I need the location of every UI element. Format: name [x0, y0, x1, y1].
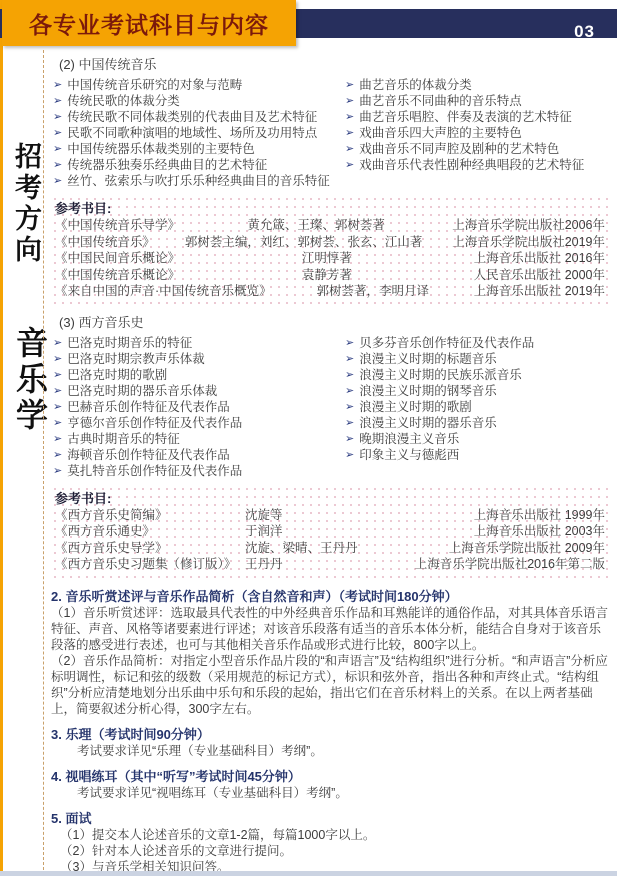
topic-item-text: 晚期浪漫主义音乐: [359, 431, 459, 447]
topic-column-left: ➢巴洛克时期音乐的特征 ➢巴洛克时期宗教声乐体裁 ➢巴洛克时期的歌剧 ➢巴洛克时…: [51, 335, 343, 479]
bullet-arrow-icon: ➢: [345, 93, 354, 109]
book-publisher: 上海音乐出版社 2003年: [474, 523, 605, 540]
bullet-arrow-icon: ➢: [345, 431, 354, 447]
bullet-arrow-icon: ➢: [345, 351, 354, 367]
topic-item-text: 中国传统音乐研究的对象与范畴: [67, 77, 242, 93]
topic-item: ➢海顿音乐创作特征及代表作品: [51, 447, 343, 463]
book-authors: 王丹丹: [245, 556, 415, 573]
main-content: (2) 中国传统音乐 ➢中国传统音乐研究的对象与范畴 ➢传统民歌的体裁分类 ➢传…: [51, 52, 609, 875]
exam-paragraph: （1）音乐听赏述评：选取最具代表性的中外经典音乐作品和耳熟能详的通俗作品，对其具…: [51, 605, 609, 653]
book-title: 《中国民间音乐概论》: [55, 250, 180, 267]
book-title: 《西方音乐通史》: [55, 523, 245, 540]
topic-item-text: 古典时期音乐的特征: [67, 431, 180, 447]
book-title: 《西方音乐史简编》: [55, 507, 245, 524]
exam-paragraph: 考试要求详见“乐理（专业基础科目）考纲”。: [51, 743, 609, 759]
topic-item-text: 印象主义与德彪西: [359, 447, 459, 463]
exam-heading: 5. 面试: [51, 810, 609, 827]
topic-item-text: 戏曲音乐不同声腔及剧种的艺术特色: [359, 141, 559, 157]
exam-heading: 4. 视唱练耳（其中“听写”考试时间45分钟）: [51, 768, 609, 785]
bullet-arrow-icon: ➢: [53, 415, 62, 431]
bullet-arrow-icon: ➢: [345, 415, 354, 431]
exam-paragraph: （2）音乐作品简析：对指定小型音乐作品片段的“和声语言”及“结构组织”进行分析。…: [51, 653, 609, 717]
topic-item-text: 莫扎特音乐创作特征及代表作品: [67, 463, 242, 479]
exam-section-music-theory: 3. 乐理（考试时间90分钟） 考试要求详见“乐理（专业基础科目）考纲”。: [51, 726, 609, 759]
topic-item: ➢古典时期音乐的特征: [51, 431, 343, 447]
sidebar-divider: [43, 50, 44, 870]
reference-book-row: 《西方音乐史简编》 沈旋等 上海音乐出版社 1999年: [55, 507, 605, 524]
reference-title: 参考书目:: [55, 200, 605, 217]
topic-column-right: ➢贝多芬音乐创作特征及代表作品 ➢浪漫主义时期的标题音乐 ➢浪漫主义时期的民族乐…: [343, 335, 609, 479]
topic-item-text: 传统器乐独奏乐经典曲目的艺术特征: [67, 157, 267, 173]
book-publisher: 上海音乐出版社 1999年: [474, 507, 605, 524]
exam-section-interview: 5. 面试 （1）提交本人论述音乐的文章1-2篇，每篇1000字以上。（2）针对…: [51, 810, 609, 875]
reference-book-row: 《中国传统音乐》 郭树荟主编，刘红、郭树荟、张玄、江山著 上海音乐学院出版社20…: [55, 234, 605, 251]
topic-item: ➢巴赫音乐创作特征及代表作品: [51, 399, 343, 415]
exam-paragraphs: （1）提交本人论述音乐的文章1-2篇，每篇1000字以上。（2）针对本人论述音乐…: [51, 827, 609, 875]
topic-item: ➢中国传统音乐研究的对象与范畴: [51, 77, 343, 93]
topic-item-text: 巴洛克时期音乐的特征: [67, 335, 192, 351]
bullet-arrow-icon: ➢: [345, 77, 354, 93]
bullet-arrow-icon: ➢: [345, 447, 354, 463]
topic-item: ➢曲艺音乐唱腔、伴奏及表演的艺术特征: [343, 109, 609, 125]
reference-book-row: 《中国传统音乐导学》 黄允箴、王璨、郭树荟著 上海音乐学院出版社2006年: [55, 217, 605, 234]
topic-list-chinese-traditional: ➢中国传统音乐研究的对象与范畴 ➢传统民歌的体裁分类 ➢传统民歌不同体裁类别的代…: [51, 77, 609, 189]
topic-item: ➢浪漫主义时期的器乐音乐: [343, 415, 609, 431]
topic-item-text: 丝竹、弦索乐与吹打乐乐种经典曲目的音乐特征: [67, 173, 330, 189]
topic-item-text: 曲艺音乐不同曲种的音乐特点: [359, 93, 522, 109]
book-authors: 沈旋等: [245, 507, 474, 524]
bullet-arrow-icon: ➢: [53, 383, 62, 399]
reference-title: 参考书目:: [55, 490, 605, 507]
topic-item-text: 浪漫主义时期的标题音乐: [359, 351, 497, 367]
bullet-arrow-icon: ➢: [53, 77, 62, 93]
topic-item: ➢贝多芬音乐创作特征及代表作品: [343, 335, 609, 351]
topic-column-left: ➢中国传统音乐研究的对象与范畴 ➢传统民歌的体裁分类 ➢传统民歌不同体裁类别的代…: [51, 77, 343, 189]
page-bottom-strip: [0, 871, 617, 876]
exam-paragraph: （1）提交本人论述音乐的文章1-2篇，每篇1000字以上。: [51, 827, 609, 843]
topic-item-text: 浪漫主义时期的民族乐派音乐: [359, 367, 522, 383]
book-title: 《西方音乐史导学》: [55, 540, 245, 557]
topic-item: ➢戏曲音乐代表性剧种经典唱段的艺术特征: [343, 157, 609, 173]
topic-item: ➢浪漫主义时期的歌剧: [343, 399, 609, 415]
topic-item: ➢丝竹、弦索乐与吹打乐乐种经典曲目的音乐特征: [51, 173, 343, 189]
page-accent-edge: [0, 0, 3, 876]
bullet-arrow-icon: ➢: [53, 173, 62, 189]
book-publisher: 上海音乐出版社 2016年: [474, 250, 605, 267]
topic-item-text: 浪漫主义时期的歌剧: [359, 399, 472, 415]
topic-item: ➢晚期浪漫主义音乐: [343, 431, 609, 447]
topic-item: ➢浪漫主义时期的钢琴音乐: [343, 383, 609, 399]
topic-item: ➢民歌不同歌种演唱的地域性、场所及功用特点: [51, 125, 343, 141]
exam-section-listening-review: 2. 音乐听赏述评与音乐作品简析（含自然音和声）（考试时间180分钟） （1）音…: [51, 588, 609, 717]
book-publisher: 上海音乐学院出版社2016年第二版: [415, 556, 605, 573]
bullet-arrow-icon: ➢: [345, 141, 354, 157]
topic-item-text: 戏曲音乐代表性剧种经典唱段的艺术特征: [359, 157, 584, 173]
topic-list-western-history: ➢巴洛克时期音乐的特征 ➢巴洛克时期宗教声乐体裁 ➢巴洛克时期的歌剧 ➢巴洛克时…: [51, 335, 609, 479]
topic-item: ➢浪漫主义时期的标题音乐: [343, 351, 609, 367]
topic-item-text: 巴洛克时期宗教声乐体裁: [67, 351, 205, 367]
topic-item: ➢莫扎特音乐创作特征及代表作品: [51, 463, 343, 479]
book-publisher: 上海音乐学院出版社2019年: [452, 234, 605, 251]
section-title-chinese-traditional: (2) 中国传统音乐: [59, 54, 609, 73]
bullet-arrow-icon: ➢: [53, 431, 62, 447]
book-authors: 黄允箴、王璨、郭树荟著: [180, 217, 452, 234]
sidebar-major-label: 音乐学: [7, 326, 53, 434]
exam-heading: 3. 乐理（考试时间90分钟）: [51, 726, 609, 743]
topic-column-right: ➢曲艺音乐的体裁分类 ➢曲艺音乐不同曲种的音乐特点 ➢曲艺音乐唱腔、伴奏及表演的…: [343, 77, 609, 189]
exam-paragraphs: 考试要求详见“视唱练耳（专业基础科目）考纲”。: [51, 785, 609, 801]
topic-item-text: 巴洛克时期的器乐音乐体裁: [67, 383, 217, 399]
bullet-arrow-icon: ➢: [345, 383, 354, 399]
topic-item-text: 曲艺音乐的体裁分类: [359, 77, 472, 93]
book-authors: 郭树荟著，李明月译: [272, 283, 474, 300]
topic-item-text: 曲艺音乐唱腔、伴奏及表演的艺术特征: [359, 109, 572, 125]
book-authors: 江明惇著: [180, 250, 474, 267]
book-authors: 袁静芳著: [180, 267, 474, 284]
topic-item: ➢曲艺音乐不同曲种的音乐特点: [343, 93, 609, 109]
bullet-arrow-icon: ➢: [345, 109, 354, 125]
reference-book-list: 《中国传统音乐导学》 黄允箴、王璨、郭树荟著 上海音乐学院出版社2006年 《中…: [55, 217, 605, 300]
bullet-arrow-icon: ➢: [345, 335, 354, 351]
topic-item: ➢传统民歌不同体裁类别的代表曲目及艺术特征: [51, 109, 343, 125]
reference-box-chinese-traditional: 参考书目: 《中国传统音乐导学》 黄允箴、王璨、郭树荟著 上海音乐学院出版社20…: [51, 195, 609, 306]
reference-book-row: 《中国民间音乐概论》 江明惇著 上海音乐出版社 2016年: [55, 250, 605, 267]
topic-item-text: 巴赫音乐创作特征及代表作品: [67, 399, 230, 415]
topic-item: ➢巴洛克时期的歌剧: [51, 367, 343, 383]
section-title-western-history: (3) 西方音乐史: [59, 312, 609, 331]
page-number: 03: [574, 22, 595, 42]
reference-book-row: 《西方音乐通史》 于润洋 上海音乐出版社 2003年: [55, 523, 605, 540]
book-title: 《来自中国的声音·中国传统音乐概览》: [55, 283, 272, 300]
topic-item-text: 戏曲音乐四大声腔的主要特色: [359, 125, 522, 141]
exam-paragraph: 考试要求详见“视唱练耳（专业基础科目）考纲”。: [51, 785, 609, 801]
exam-paragraphs: （1）音乐听赏述评：选取最具代表性的中外经典音乐作品和耳熟能详的通俗作品，对其具…: [51, 605, 609, 717]
book-publisher: 上海音乐学院出版社 2009年: [449, 540, 605, 557]
book-authors: 沈旋、梁晴、王丹丹: [245, 540, 449, 557]
topic-item-text: 传统民歌不同体裁类别的代表曲目及艺术特征: [67, 109, 317, 125]
exam-paragraphs: 考试要求详见“乐理（专业基础科目）考纲”。: [51, 743, 609, 759]
book-publisher: 上海音乐出版社 2019年: [474, 283, 605, 300]
topic-item-text: 巴洛克时期的歌剧: [67, 367, 167, 383]
exam-heading: 2. 音乐听赏述评与音乐作品简析（含自然音和声）（考试时间180分钟）: [51, 588, 609, 605]
topic-item: ➢中国传统器乐体裁类别的主要特色: [51, 141, 343, 157]
topic-item-text: 中国传统器乐体裁类别的主要特色: [67, 141, 255, 157]
topic-item-text: 传统民歌的体裁分类: [67, 93, 180, 109]
book-title: 《西方音乐史习题集（修订版）》: [55, 556, 245, 573]
book-title: 《中国传统音乐》: [55, 234, 155, 251]
book-publisher: 上海音乐学院出版社2006年: [452, 217, 605, 234]
book-authors: 于润洋: [245, 523, 474, 540]
bullet-arrow-icon: ➢: [53, 125, 62, 141]
bullet-arrow-icon: ➢: [53, 351, 62, 367]
book-title: 《中国传统音乐概论》: [55, 267, 180, 284]
bullet-arrow-icon: ➢: [345, 367, 354, 383]
bullet-arrow-icon: ➢: [53, 93, 62, 109]
topic-item: ➢浪漫主义时期的民族乐派音乐: [343, 367, 609, 383]
page-title: 各专业考试科目与内容: [29, 7, 269, 40]
reference-book-row: 《西方音乐史习题集（修订版）》 王丹丹 上海音乐学院出版社2016年第二版: [55, 556, 605, 573]
sidebar-group-label: 招考方向: [7, 142, 46, 266]
topic-item: ➢曲艺音乐的体裁分类: [343, 77, 609, 93]
exam-section-sight-singing: 4. 视唱练耳（其中“听写”考试时间45分钟） 考试要求详见“视唱练耳（专业基础…: [51, 768, 609, 801]
bullet-arrow-icon: ➢: [53, 157, 62, 173]
topic-item-text: 海顿音乐创作特征及代表作品: [67, 447, 230, 463]
exam-paragraph: （2）针对本人论述音乐的文章进行提问。: [51, 843, 609, 859]
reference-book-list: 《西方音乐史简编》 沈旋等 上海音乐出版社 1999年 《西方音乐通史》 于润洋…: [55, 507, 605, 573]
bullet-arrow-icon: ➢: [53, 367, 62, 383]
topic-item-text: 贝多芬音乐创作特征及代表作品: [359, 335, 534, 351]
header-title-box: 各专业考试科目与内容: [2, 0, 296, 46]
topic-item: ➢戏曲音乐四大声腔的主要特色: [343, 125, 609, 141]
book-title: 《中国传统音乐导学》: [55, 217, 180, 234]
topic-item: ➢巴洛克时期的器乐音乐体裁: [51, 383, 343, 399]
bullet-arrow-icon: ➢: [53, 447, 62, 463]
topic-item: ➢传统民歌的体裁分类: [51, 93, 343, 109]
bullet-arrow-icon: ➢: [53, 141, 62, 157]
bullet-arrow-icon: ➢: [53, 463, 62, 479]
bullet-arrow-icon: ➢: [345, 157, 354, 173]
reference-book-row: 《西方音乐史导学》 沈旋、梁晴、王丹丹 上海音乐学院出版社 2009年: [55, 540, 605, 557]
topic-item: ➢印象主义与德彪西: [343, 447, 609, 463]
bullet-arrow-icon: ➢: [53, 399, 62, 415]
topic-item: ➢戏曲音乐不同声腔及剧种的艺术特色: [343, 141, 609, 157]
topic-item: ➢巴洛克时期音乐的特征: [51, 335, 343, 351]
topic-item: ➢传统器乐独奏乐经典曲目的艺术特征: [51, 157, 343, 173]
topic-item-text: 浪漫主义时期的钢琴音乐: [359, 383, 497, 399]
reference-box-western-history: 参考书目: 《西方音乐史简编》 沈旋等 上海音乐出版社 1999年 《西方音乐通…: [51, 485, 609, 579]
reference-book-row: 《来自中国的声音·中国传统音乐概览》 郭树荟著，李明月译 上海音乐出版社 201…: [55, 283, 605, 300]
reference-book-row: 《中国传统音乐概论》 袁静芳著 人民音乐出版社 2000年: [55, 267, 605, 284]
bullet-arrow-icon: ➢: [53, 335, 62, 351]
topic-item-text: 浪漫主义时期的器乐音乐: [359, 415, 497, 431]
book-authors: 郭树荟主编，刘红、郭树荟、张玄、江山著: [155, 234, 452, 251]
book-publisher: 人民音乐出版社 2000年: [474, 267, 605, 284]
topic-item-text: 民歌不同歌种演唱的地域性、场所及功用特点: [67, 125, 317, 141]
bullet-arrow-icon: ➢: [345, 125, 354, 141]
topic-item: ➢巴洛克时期宗教声乐体裁: [51, 351, 343, 367]
topic-item: ➢亨德尔音乐创作特征及代表作品: [51, 415, 343, 431]
bullet-arrow-icon: ➢: [345, 399, 354, 415]
topic-item-text: 亨德尔音乐创作特征及代表作品: [67, 415, 242, 431]
bullet-arrow-icon: ➢: [53, 109, 62, 125]
